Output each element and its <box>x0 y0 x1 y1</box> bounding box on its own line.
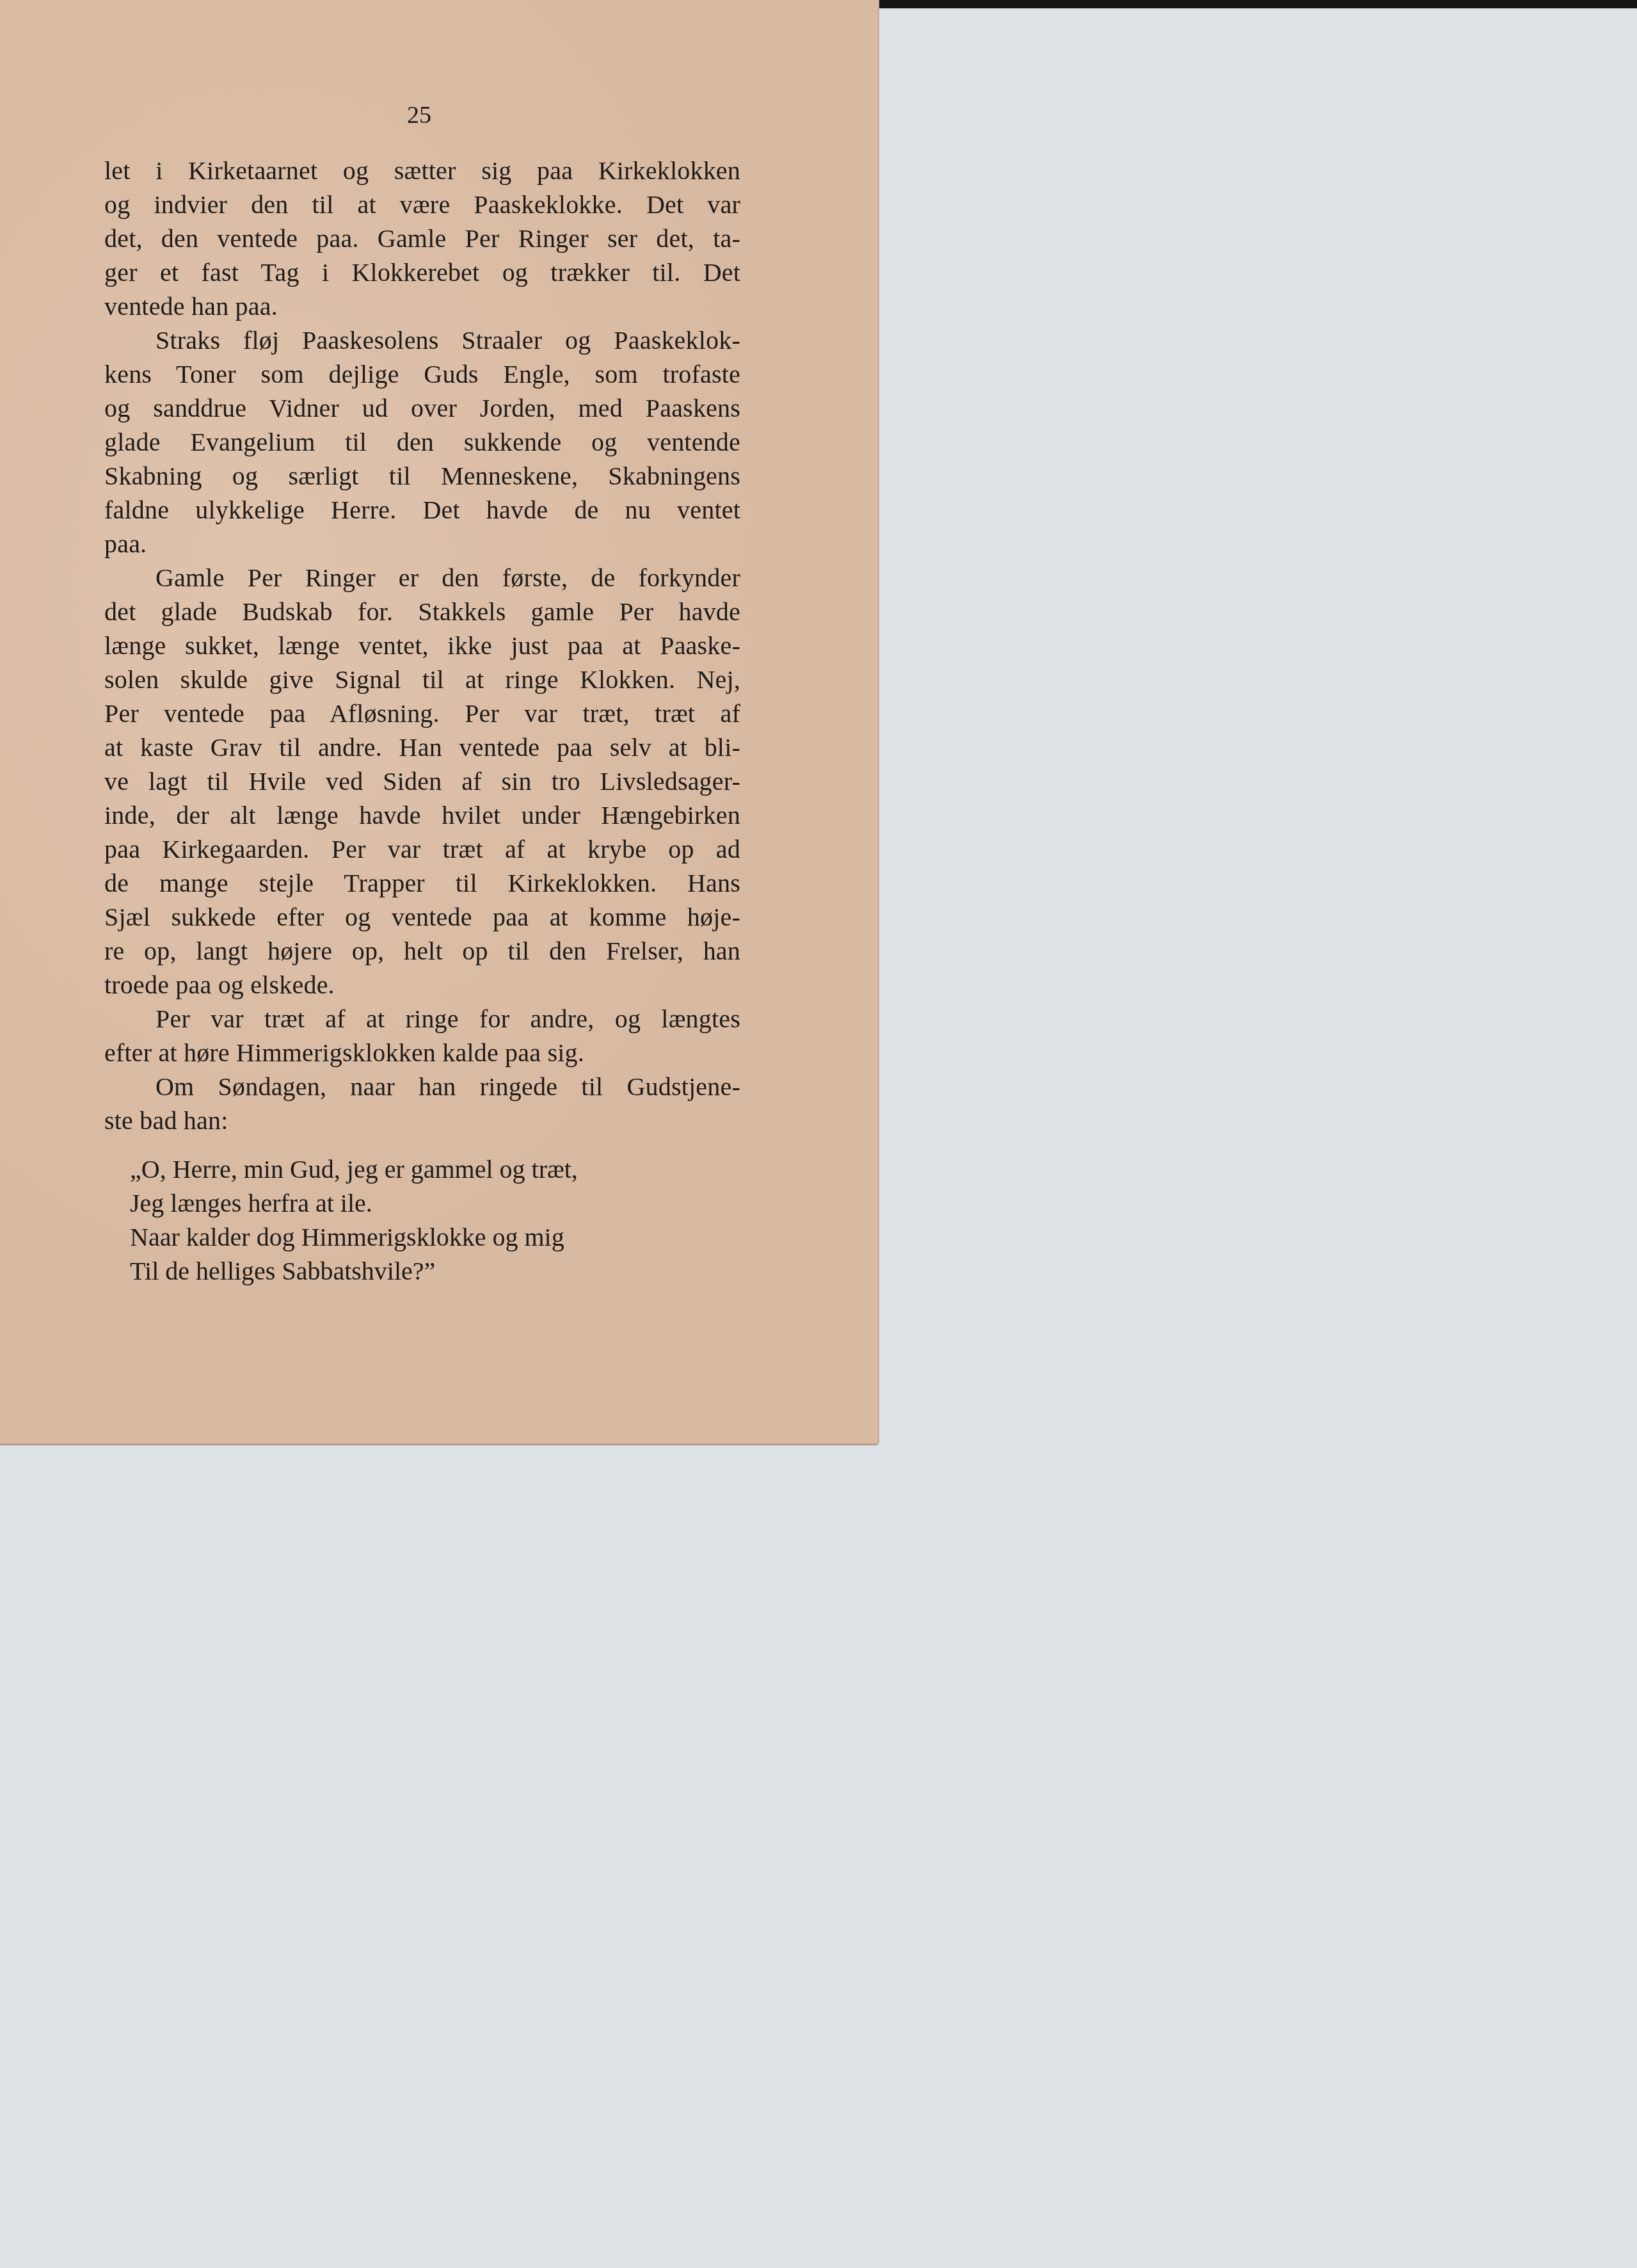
text-line: ventede han paa. <box>104 289 740 323</box>
text-line: paa Kirkegaarden. Per var træt af at kry… <box>104 832 740 866</box>
text-line: Skabning og særligt til Menneskene, Skab… <box>104 459 740 493</box>
text-line: ger et fast Tag i Klokkerebet og trækker… <box>104 255 740 289</box>
text-line: at kaste Grav til andre. Han ventede paa… <box>104 730 740 764</box>
paragraph: Per var træt af at ringe for andre, og l… <box>104 1002 740 1070</box>
text-line: solen skulde give Signal til at ringe Kl… <box>104 663 740 696</box>
poem-line: Til de helliges Sabbatshvile?” <box>130 1254 578 1288</box>
text-line: og indvier den til at være Paaskeklokke.… <box>104 188 740 221</box>
text-line: Gamle Per Ringer er den første, de forky… <box>104 561 740 595</box>
text-line: ve lagt til Hvile ved Siden af sin tro L… <box>104 764 740 798</box>
text-line: glade Evangelium til den sukkende og ven… <box>104 425 740 459</box>
book-page: 25 let i Kirketaarnet og sætter sig paa … <box>0 0 879 1445</box>
text-line: paa. <box>104 527 740 561</box>
paragraph: Gamle Per Ringer er den første, de forky… <box>104 561 740 1002</box>
text-line: ste bad han: <box>104 1104 740 1138</box>
poem-line: „O, Herre, min Gud, jeg er gammel og træ… <box>130 1152 578 1186</box>
text-line: troede paa og elskede. <box>104 968 740 1002</box>
text-line: Om Søndagen, naar han ringede til Gudstj… <box>104 1070 740 1104</box>
paragraph: Om Søndagen, naar han ringede til Gudstj… <box>104 1070 740 1138</box>
page-number: 25 <box>0 101 838 129</box>
text-line: Per ventede paa Afløsning. Per var træt,… <box>104 696 740 730</box>
body-text: let i Kirketaarnet og sætter sig paa Kir… <box>104 154 740 1138</box>
text-line: de mange stejle Trapper til Kirkeklokken… <box>104 866 740 900</box>
paragraph: let i Kirketaarnet og sætter sig paa Kir… <box>104 154 740 323</box>
text-line: let i Kirketaarnet og sætter sig paa Kir… <box>104 154 740 188</box>
scanner-bed-edge <box>877 0 1637 8</box>
paragraph: Straks fløj Paaskesolens Straaler og Paa… <box>104 323 740 561</box>
text-line: længe sukket, længe ventet, ikke just pa… <box>104 629 740 663</box>
text-line: Sjæl sukkede efter og ventede paa at kom… <box>104 900 740 934</box>
text-line: Straks fløj Paaskesolens Straaler og Paa… <box>104 323 740 357</box>
poem-stanza: „O, Herre, min Gud, jeg er gammel og træ… <box>130 1152 578 1288</box>
poem-line: Jeg længes herfra at ile. <box>130 1186 578 1220</box>
text-line: faldne ulykkelige Herre. Det havde de nu… <box>104 493 740 527</box>
text-line: Per var træt af at ringe for andre, og l… <box>104 1002 740 1036</box>
text-line: og sanddrue Vidner ud over Jorden, med P… <box>104 391 740 425</box>
text-line: inde, der alt længe havde hvilet under H… <box>104 798 740 832</box>
text-line: det glade Budskab for. Stakkels gamle Pe… <box>104 595 740 629</box>
text-line: det, den ventede paa. Gamle Per Ringer s… <box>104 221 740 255</box>
poem-line: Naar kalder dog Himmerigsklokke og mig <box>130 1220 578 1254</box>
text-line: efter at høre Himmerigsklokken kalde paa… <box>104 1036 740 1070</box>
text-line: re op, langt højere op, helt op til den … <box>104 934 740 968</box>
text-line: kens Toner som dejlige Guds Engle, som t… <box>104 357 740 391</box>
